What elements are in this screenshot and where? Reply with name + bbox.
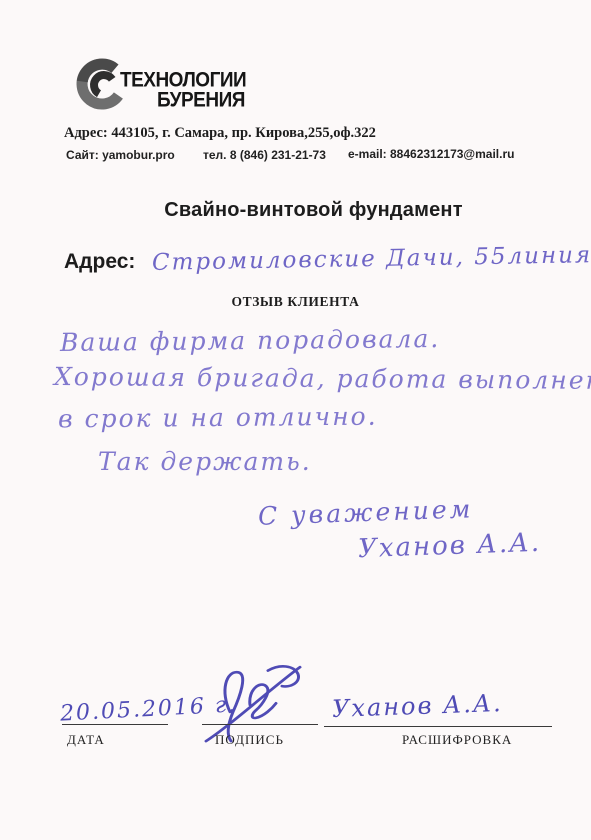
company-address: Адрес: 443105, г. Самара, пр. Кирова,255… [64, 125, 376, 142]
review-section-heading: ОТЗЫВ КЛИЕНТА [0, 294, 591, 310]
transcript-handwritten-value: Уханов А.А. [332, 689, 504, 723]
company-website: Сайт: yamobur.pro [66, 148, 175, 162]
signature-rule-line [202, 724, 318, 725]
logo-text-line1: ТЕХНОЛОГИИ [120, 70, 246, 91]
signature-label: ПОДПИСЬ [215, 732, 284, 748]
review-handwritten-line: Хорошая бригада, работа выполнена [54, 362, 591, 395]
transcript-rule-line [324, 726, 552, 727]
review-handwritten-line: в срок и на отлично. [58, 402, 378, 434]
review-handwritten-line: Так держать. [98, 447, 312, 476]
closing-salutation: С уважением [258, 494, 474, 530]
date-label: ДАТА [67, 732, 105, 748]
address-handwritten-value: Стромиловские Дачи, 55линия [152, 242, 591, 276]
company-email: e-mail: 88462312173@mail.ru [348, 147, 514, 161]
company-phone: тел. 8 (846) 231-21-73 [203, 148, 326, 162]
company-logo: ТЕХНОЛОГИИ БУРЕНИЯ [120, 70, 246, 109]
scanned-document-page: ТЕХНОЛОГИИ БУРЕНИЯ Адрес: 443105, г. Сам… [0, 0, 591, 840]
document-title: Свайно-винтовой фундамент [0, 199, 591, 222]
date-rule-line [62, 724, 168, 725]
logo-text-line2: БУРЕНИЯ [157, 90, 246, 111]
transcript-label: РАСШИФРОВКА [402, 732, 512, 748]
address-label: Адрес: [64, 250, 135, 274]
review-handwritten-line: Ваша фирма порадовала. [60, 324, 441, 357]
closing-signature-name: Уханов А.А. [358, 528, 542, 564]
